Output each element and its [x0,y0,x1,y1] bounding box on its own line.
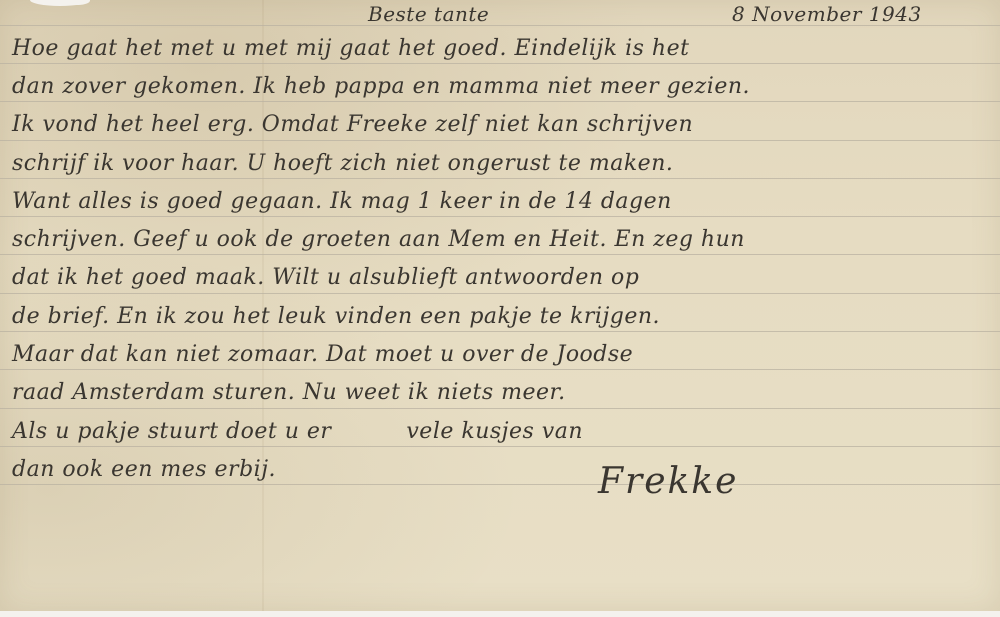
ruled-line [0,446,1000,447]
letter-line: Want alles is goed gegaan. Ik mag 1 keer… [12,191,672,213]
letter-line: de brief. En ik zou het leuk vinden een … [12,306,660,328]
letter-line: raad Amsterdam sturen. Nu weet ik niets … [12,382,566,404]
letter-line: Hoe gaat het met u met mij gaat het goed… [12,38,689,60]
ruled-line [0,216,1000,217]
ruled-line [0,408,1000,409]
ruled-line [0,178,1000,179]
letter-line: Als u pakje stuurt doet u er vele kusjes… [12,421,583,443]
ruled-line [0,293,1000,294]
letter-line: schrijven. Geef u ook de groeten aan Mem… [12,229,745,251]
letter-line: dat ik het goed maak. Wilt u alsublieft … [12,267,639,289]
letter-salutation: Beste tante [368,4,489,24]
letter-line: schrijf ik voor haar. U hoeft zich niet … [12,153,673,175]
ruled-line [0,369,1000,370]
ruled-line [0,331,1000,332]
letter-signature: Frekke [598,464,738,500]
letter-paper: Beste tante 8 November 1943 Hoe gaat het… [0,0,1000,611]
letter-line: dan zover gekomen. Ik heb pappa en mamma… [12,76,750,98]
letter-line: Ik vond het heel erg. Omdat Freeke zelf … [12,114,693,136]
ruled-line [0,484,1000,485]
ruled-line [0,254,1000,255]
letter-date: 8 November 1943 [732,4,922,24]
letter-line: Maar dat kan niet zomaar. Dat moet u ove… [12,344,633,366]
ruled-line [0,140,1000,141]
ruled-line [0,63,1000,64]
letter-line: dan ook een mes erbij. [12,459,276,481]
ruled-line [0,101,1000,102]
